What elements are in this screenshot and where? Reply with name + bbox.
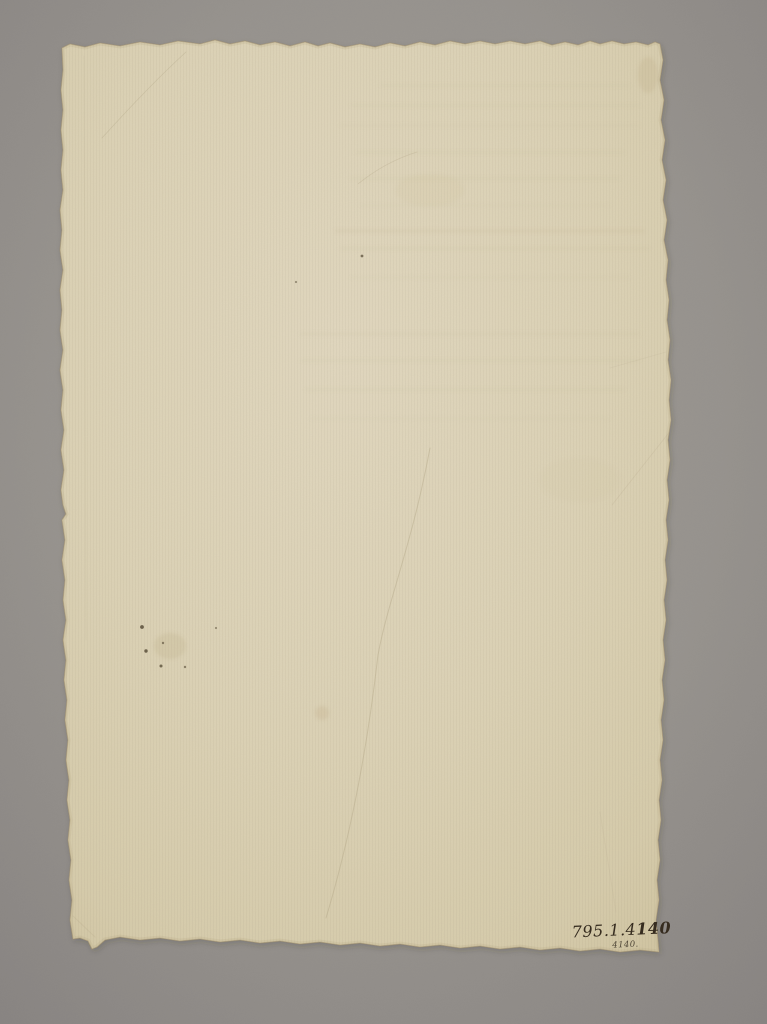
photo-of-paper-sheet: 795.1.4140 4140. xyxy=(0,0,767,1024)
paper-photo-canvas: 795.1.4140 4140. xyxy=(0,0,767,1024)
photo-noise-overlay xyxy=(0,0,767,1024)
